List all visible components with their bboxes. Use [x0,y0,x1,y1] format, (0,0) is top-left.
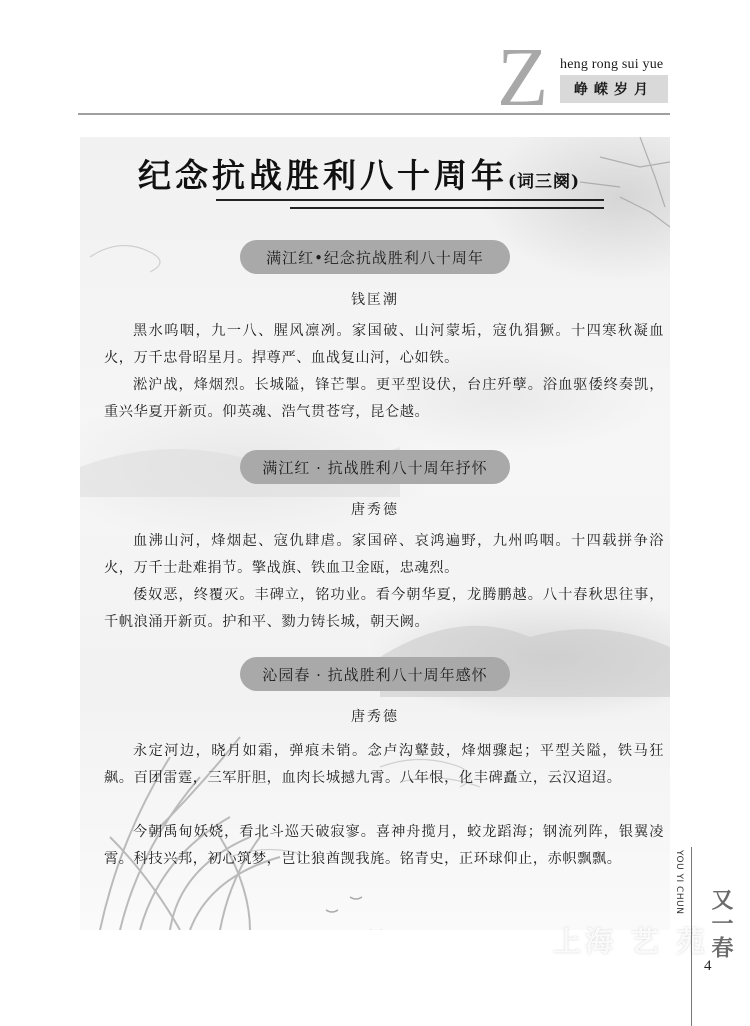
page-number: 4 [704,958,712,975]
poem-2-title-pill: 满江红 · 抗战胜利八十周年抒怀 [240,450,510,484]
section-pinyin: heng rong sui yue [560,57,663,73]
article-title-suffix: (词三阕) [508,172,580,192]
article-title-main: 纪念抗战胜利八十周年 [138,156,508,195]
poem-2-paragraph-2: 倭奴恶，终覆灭。丰碑立，铭功业。看今朝华夏，龙腾鹏越。八十春秋思往事，千帆浪涌开… [104,582,664,636]
watermark-text: 上海 艺 苑 [553,920,709,960]
poem-1-paragraph-1: 黑水呜咽，九一八、腥风凛冽。家国破、山河蒙垢，寇仇猖獗。十四寒秋凝血火，万千忠骨… [104,318,664,372]
poem-1-paragraph-2: 淞沪战，烽烟烈。长城隘，锋芒掣。更平型设伏，台庄歼孽。浴血驱倭终奏凯，重兴华夏开… [104,372,664,426]
section-title-box: 峥嵘岁月 [560,75,668,103]
header-divider [78,113,670,115]
poem-2-author: 唐秀德 [0,499,750,519]
title-underline-upper [216,199,604,201]
footer-vertical-divider [691,847,692,1026]
section-letter-logo: Z [497,38,548,118]
poem-3-author: 唐秀德 [0,706,750,726]
title-underline-lower [290,207,604,209]
poem-1-title-pill: 满江红•纪念抗战胜利八十周年 [240,240,510,274]
section-title: 峥嵘岁月 [574,79,654,99]
magazine-pinyin: YOU YI CHUN [670,850,684,950]
poem-3-paragraph-1: 永定河边，晓月如霜，弹痕未销。念卢沟鼙鼓，烽烟骤起；平型关隘，铁马狂飙。百团雷霆… [104,738,664,792]
poem-2-paragraph-1: 血沸山河，烽烟起、寇仇肆虐。家国碎、哀鸿遍野，九州呜咽。十四载拼争浴火，万千士赴… [104,528,664,582]
poem-1-author: 钱匡潮 [0,289,750,309]
article-title: 纪念抗战胜利八十周年(词三阕) [138,150,618,197]
poem-3-title-pill: 沁园春 · 抗战胜利八十周年感怀 [240,657,510,691]
poem-3-paragraph-2: 今朝禹甸妖娆，看北斗巡天破寂寥。喜神舟揽月，蛟龙蹈海；钢流列阵，银翼凌霄。科技兴… [104,819,664,873]
magazine-name: 又一春 [697,888,737,960]
